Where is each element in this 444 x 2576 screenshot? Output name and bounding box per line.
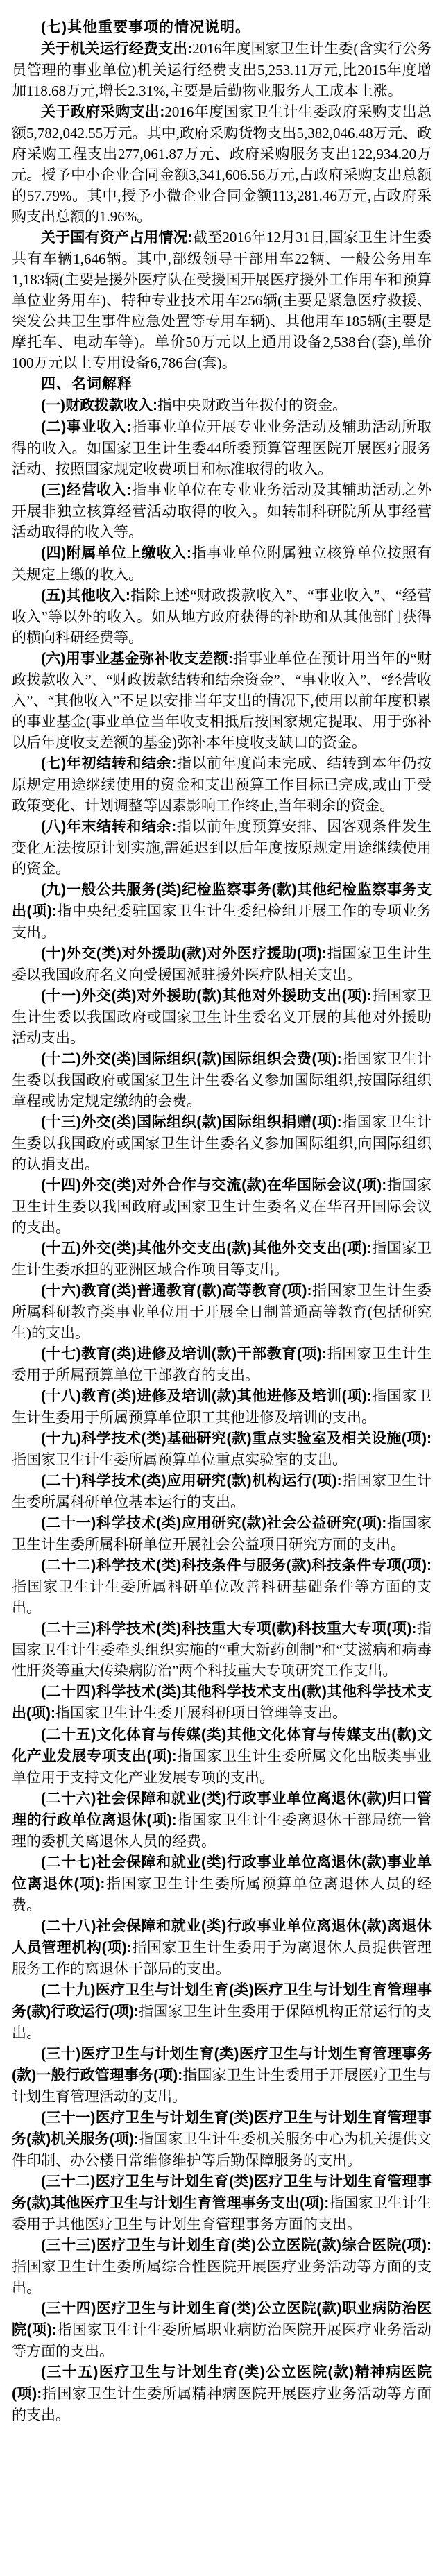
glossary-item-5: (五)其他收入:指除上述“财政拨款收入”、“事业收入”、“经营收入”等以外的收入…: [12, 585, 432, 648]
heading-text: 四、名词解释: [41, 376, 133, 392]
paragraph-lead: (十九)科学技术(类)基础研究(款)重点实验室及相关设施(项):: [41, 1431, 432, 1447]
glossary-item-4: (四)附属单位上缴收入:指事业单位附属独立核算单位按照有关规定上缴的收入。: [12, 543, 432, 585]
paragraph-lead: (十五)外交(类)其他外交支出(款)其他外交支出(项):: [41, 1240, 372, 1256]
glossary-item-32: (三十二)医疗卫生与计划生育(类)医疗卫生与计划生育管理事务(款)其他医疗卫生与…: [12, 2171, 432, 2235]
paragraph-agency-operating-expense: 关于机关运行经费支出:2016年度国家卫生计生委(含实行公务员管理的事业单位)机…: [12, 38, 432, 101]
glossary-item-25: (二十五)文化体育与传媒(类)其他文化体育与传媒支出(款)文化产业发展专项支出(…: [12, 1724, 432, 1788]
glossary-item-20: (二十)科学技术(类)应用研究(款)机构运行(项):指国家卫生计生委所属科研单位…: [12, 1470, 432, 1512]
paragraph-text: 指国家卫生计生委所属综合性医院开展医疗业务活动等方面的支出。: [12, 2258, 432, 2296]
paragraph-lead: (一)财政拨款收入:: [41, 398, 157, 413]
glossary-item-6: (六)用事业基金弥补收支差额:指事业单位在预计用当年的“财政拨款收入”、“财政拨…: [12, 648, 432, 753]
paragraph-text: 截至2016年12月31日,国家卫生计生委共有车辆1,646辆。其中,部级领导干…: [12, 229, 432, 371]
glossary-item-24: (二十四)科学技术(类)其他科学技术支出(款)其他科学技术支出(项):指国家卫生…: [12, 1681, 432, 1724]
paragraph-text: 2016年度国家卫生计生委政府采购支出总额5,782,042.55万元。其中,政…: [12, 103, 432, 225]
paragraph-text: 指国家卫生计生委所属精神病医院开展医疗业务活动等方面的支出。: [12, 2385, 432, 2423]
paragraph-lead: 关于政府采购支出:: [41, 104, 164, 120]
glossary-item-27: (二十七)社会保障和就业(类)行政事业单位离退休(款)事业单位离退休(项):指国…: [12, 1852, 432, 1916]
paragraph-lead: (二十二)科学技术(类)科技条件与服务(款)科技条件专项(项):: [41, 1558, 432, 1573]
paragraph-lead: (二十)科学技术(类)应用研究(款)机构运行(项):: [41, 1473, 342, 1489]
glossary-item-33: (三十三)医疗卫生与计划生育(类)公立医院(款)综合医院(项):指国家卫生计生委…: [12, 2235, 432, 2298]
section-heading-other-important-items: (七)其他重要事项的情况说明。: [12, 17, 432, 38]
paragraph-text: 指国家卫生计生委开展科研项目管理等支出。: [55, 1705, 347, 1721]
paragraph-lead: (三)经营收入:: [41, 482, 131, 498]
paragraph-lead: (七)年初结转和结余:: [41, 756, 176, 771]
paragraph-text: 指国家卫生计生委所属职业病防治医院开展医疗业务活动等方面的支出。: [12, 2321, 432, 2360]
paragraph-text: 指中央纪委驻国家卫生计生委纪检组开展工作的专项业务支出。: [12, 903, 432, 941]
paragraph-government-procurement: 关于政府采购支出:2016年度国家卫生计生委政府采购支出总额5,782,042.…: [12, 101, 432, 227]
glossary-item-3: (三)经营收入:指事业单位在专业业务活动及其辅助活动之外开展非独立核算经营活动取…: [12, 479, 432, 543]
glossary-item-13: (十三)外交(类)国际组织(款)国际组织捐赠(项):指国家卫生计生委以我国政府或…: [12, 1111, 432, 1175]
paragraph-lead: (四)附属单位上缴收入:: [41, 545, 191, 561]
paragraph-lead: (十)外交(类)对外援助(款)对外医疗援助(项):: [41, 946, 327, 962]
glossary-item-23: (二十三)科学技术(类)科技重大专项(款)科技重大专项(项):指国家卫生计生委牵…: [12, 1618, 432, 1681]
glossary-item-8: (八)年末结转和结余:指以前年度预算安排、因客观条件发生变化无法按原计划实施,需…: [12, 816, 432, 879]
paragraph-lead: 关于国有资产占用情况:: [41, 230, 193, 246]
paragraph-text: 指国家卫生计生委所属科研单位改善科研基础条件等方面的支出。: [12, 1578, 432, 1616]
glossary-item-9: (九)一般公共服务(类)纪检监察事务(款)其他纪检监察事务支出(项):指中央纪委…: [12, 879, 432, 943]
glossary-item-35: (三十五)医疗卫生与计划生育(类)公立医院(款)精神病医院(项):指国家卫生计生…: [12, 2362, 432, 2425]
glossary-item-29: (二十九)医疗卫生与计划生育(类)医疗卫生与计划生育管理事务(款)行政运行(项)…: [12, 1979, 432, 2043]
paragraph-lead: (二)事业收入:: [41, 419, 131, 435]
glossary-item-17: (十七)教育(类)进修及培训(款)干部教育(项):指国家卫生计生委用于所属预算单…: [12, 1343, 432, 1385]
paragraph-lead: (十七)教育(类)进修及培训(款)干部教育(项):: [41, 1346, 327, 1362]
paragraph-text: 指中央财政当年拨付的资金。: [157, 397, 347, 413]
glossary-item-31: (三十一)医疗卫生与计划生育(类)医疗卫生与计划生育管理事务(款)机关服务(项)…: [12, 2107, 432, 2171]
paragraph-lead: 关于机关运行经费支出:: [41, 41, 192, 57]
glossary-item-30: (三十)医疗卫生与计划生育(类)医疗卫生与计划生育管理事务(款)一般行政管理事务…: [12, 2043, 432, 2107]
paragraph-lead: (二十三)科学技术(类)科技重大专项(款)科技重大专项(项):: [41, 1621, 416, 1637]
paragraph-lead: (八)年末结转和结余:: [41, 819, 176, 835]
glossary-item-21: (二十一)科学技术(类)应用研究(款)社会公益研究(项):指国家卫生计生委所属科…: [12, 1512, 432, 1555]
paragraph-lead: (十八)教育(类)进修及培训(款)其他进修及培训(项):: [41, 1388, 372, 1404]
glossary-item-10: (十)外交(类)对外援助(款)对外医疗援助(项):指国家卫生计生委以我国政府名义…: [12, 943, 432, 985]
glossary-item-14: (十四)外交(类)对外合作与交流(款)在华国际会议(项):指国家卫生计生委以我国…: [12, 1175, 432, 1238]
paragraph-lead: (十二)外交(类)国际组织(款)国际组织会费(项):: [41, 1051, 342, 1067]
paragraph-lead: (十六)教育(类)普通教育(款)高等教育(项):: [41, 1283, 311, 1299]
glossary-item-7: (七)年初结转和结余:指以前年度尚未完成、结转到本年仍按原规定用途继续使用的资金…: [12, 753, 432, 816]
paragraph-state-assets: 关于国有资产占用情况:截至2016年12月31日,国家卫生计生委共有车辆1,64…: [12, 227, 432, 373]
paragraph-lead: (三十三)医疗卫生与计划生育(类)公立医院(款)综合医院(项):: [41, 2237, 432, 2253]
glossary-item-34: (三十四)医疗卫生与计划生育(类)公立医院(款)职业病防治医院(项):指国家卫生…: [12, 2298, 432, 2362]
paragraph-lead: (十三)外交(类)国际组织(款)国际组织捐赠(项):: [41, 1114, 342, 1130]
glossary-item-15: (十五)外交(类)其他外交支出(款)其他外交支出(项):指国家卫生计生委承担的亚…: [12, 1238, 432, 1280]
glossary-item-16: (十六)教育(类)普通教育(款)高等教育(项):指国家卫生计生委所属科研教育类事…: [12, 1280, 432, 1343]
document-page: (七)其他重要事项的情况说明。 关于机关运行经费支出:2016年度国家卫生计生委…: [0, 0, 444, 2576]
paragraph-lead: (五)其他收入:: [41, 588, 130, 604]
section-heading-glossary: 四、名词解释: [12, 373, 432, 395]
paragraph-lead: (十一)外交(类)对外援助(款)其他对外援助支出(项):: [41, 988, 372, 1004]
paragraph-lead: (六)用事业基金弥补收支差额:: [41, 651, 233, 667]
glossary-item-19: (十九)科学技术(类)基础研究(款)重点实验室及相关设施(项):指国家卫生计生委…: [12, 1428, 432, 1470]
paragraph-lead: (十四)外交(类)对外合作与交流(款)在华国际会议(项):: [41, 1177, 386, 1193]
glossary-item-22: (二十二)科学技术(类)科技条件与服务(款)科技条件专项(项):指国家卫生计生委…: [12, 1555, 432, 1618]
glossary-item-18: (十八)教育(类)进修及培训(款)其他进修及培训(项):指国家卫生计生委用于所属…: [12, 1385, 432, 1428]
glossary-item-28: (二十八)社会保障和就业(类)行政事业单位离退休(款)离退休人员管理机构(项):…: [12, 1916, 432, 1979]
paragraph-lead: (二十一)科学技术(类)应用研究(款)社会公益研究(项):: [41, 1515, 386, 1531]
paragraph-text: 指国家卫生计生委所属预算单位重点实验室的支出。: [12, 1451, 347, 1468]
glossary-item-2: (二)事业收入:指事业单位开展专业业务活动及辅助活动所取得的收入。如国家卫生计生…: [12, 416, 432, 479]
glossary-item-1: (一)财政拨款收入:指中央财政当年拨付的资金。: [12, 395, 432, 416]
glossary-item-26: (二十六)社会保障和就业(类)行政事业单位离退休(款)归口管理的行政单位离退休(…: [12, 1788, 432, 1852]
heading-text: (七)其他重要事项的情况说明。: [41, 19, 250, 35]
glossary-item-12: (十二)外交(类)国际组织(款)国际组织会费(项):指国家卫生计生委以我国政府或…: [12, 1048, 432, 1111]
glossary-item-11: (十一)外交(类)对外援助(款)其他对外援助支出(项):指国家卫生计生委以我国政…: [12, 985, 432, 1048]
